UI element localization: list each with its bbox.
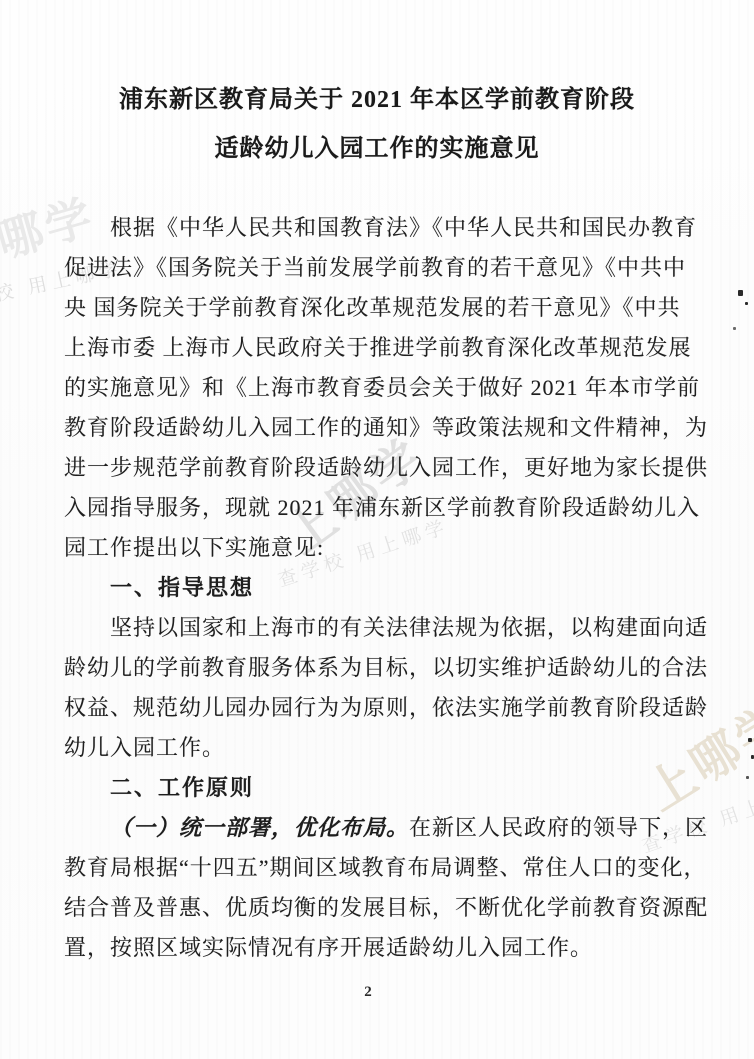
page-number: 2 (0, 984, 736, 1001)
subsection-lead: （一）统一部署，优化布局。 (110, 815, 409, 840)
ink-speck (746, 776, 749, 779)
ink-speck (733, 327, 736, 330)
document-title: 浦东新区教育局关于 2021 年本区学前教育阶段 适龄幼儿入园工作的实施意见 (0, 76, 754, 174)
section-heading-1: 一、指导思想 (64, 568, 692, 608)
document-body: 根据《中华人民共和国教育法》《中华人民共和国民办教育 促进法》《国务院关于当前发… (64, 208, 692, 968)
document-title-line-2: 适龄幼儿入园工作的实施意见 (0, 125, 754, 174)
text-line: 教育局根据“十四五”期间区域教育布局调整、常住人口的变化， (64, 848, 692, 888)
text-line: 园工作提出以下实施意见: (64, 528, 692, 568)
text-line: 结合普及普惠、优质均衡的发展目标，不断优化学前教育资源配 (64, 888, 692, 928)
ink-speck (748, 738, 752, 742)
text-line: 上海市委 上海市人民政府关于推进学前教育深化改革规范发展 (64, 328, 692, 368)
text-line: 教育阶段适龄幼儿入园工作的通知》等政策法规和文件精神，为 (64, 408, 692, 448)
text-line: 入园指导服务，现就 2021 年浦东新区学前教育阶段适龄幼儿入 (64, 488, 692, 528)
text-line: 置，按照区域实际情况有序开展适龄幼儿入园工作。 (64, 928, 692, 968)
document-page: 上哪学 查学校 用上哪学 上哪学 查学校 用上哪学 上哪学 查学校 用上哪学 浦… (0, 0, 754, 1059)
ink-speck (738, 290, 743, 296)
text-line: （一）统一部署，优化布局。在新区人民政府的领导下，区 (64, 808, 692, 848)
text-line: 央 国务院关于学前教育深化改革规范发展的若干意见》《中共 (64, 288, 692, 328)
subsection-lead-rest: 在新区人民政府的领导下，区 (409, 815, 708, 840)
text-line: 的实施意见》和《上海市教育委员会关于做好 2021 年本市学前 (64, 368, 692, 408)
text-line: 根据《中华人民共和国教育法》《中华人民共和国民办教育 (64, 208, 692, 248)
text-line: 权益、规范幼儿园办园行为为原则，依法实施学前教育阶段适龄 (64, 688, 692, 728)
text-line: 坚持以国家和上海市的有关法律法规为依据，以构建面向适 (64, 608, 692, 648)
section-heading-2: 二、工作原则 (64, 768, 692, 808)
text-line: 龄幼儿的学前教育服务体系为目标，以切实维护适龄幼儿的合法 (64, 648, 692, 688)
text-line: 幼儿入园工作。 (64, 728, 692, 768)
document-title-line-1: 浦东新区教育局关于 2021 年本区学前教育阶段 (0, 76, 754, 125)
text-line: 促进法》《国务院关于当前发展学前教育的若干意见》《中共中 (64, 248, 692, 288)
ink-speck (745, 302, 748, 305)
text-line: 进一步规范学前教育阶段适龄幼儿入园工作，更好地为家长提供 (64, 448, 692, 488)
